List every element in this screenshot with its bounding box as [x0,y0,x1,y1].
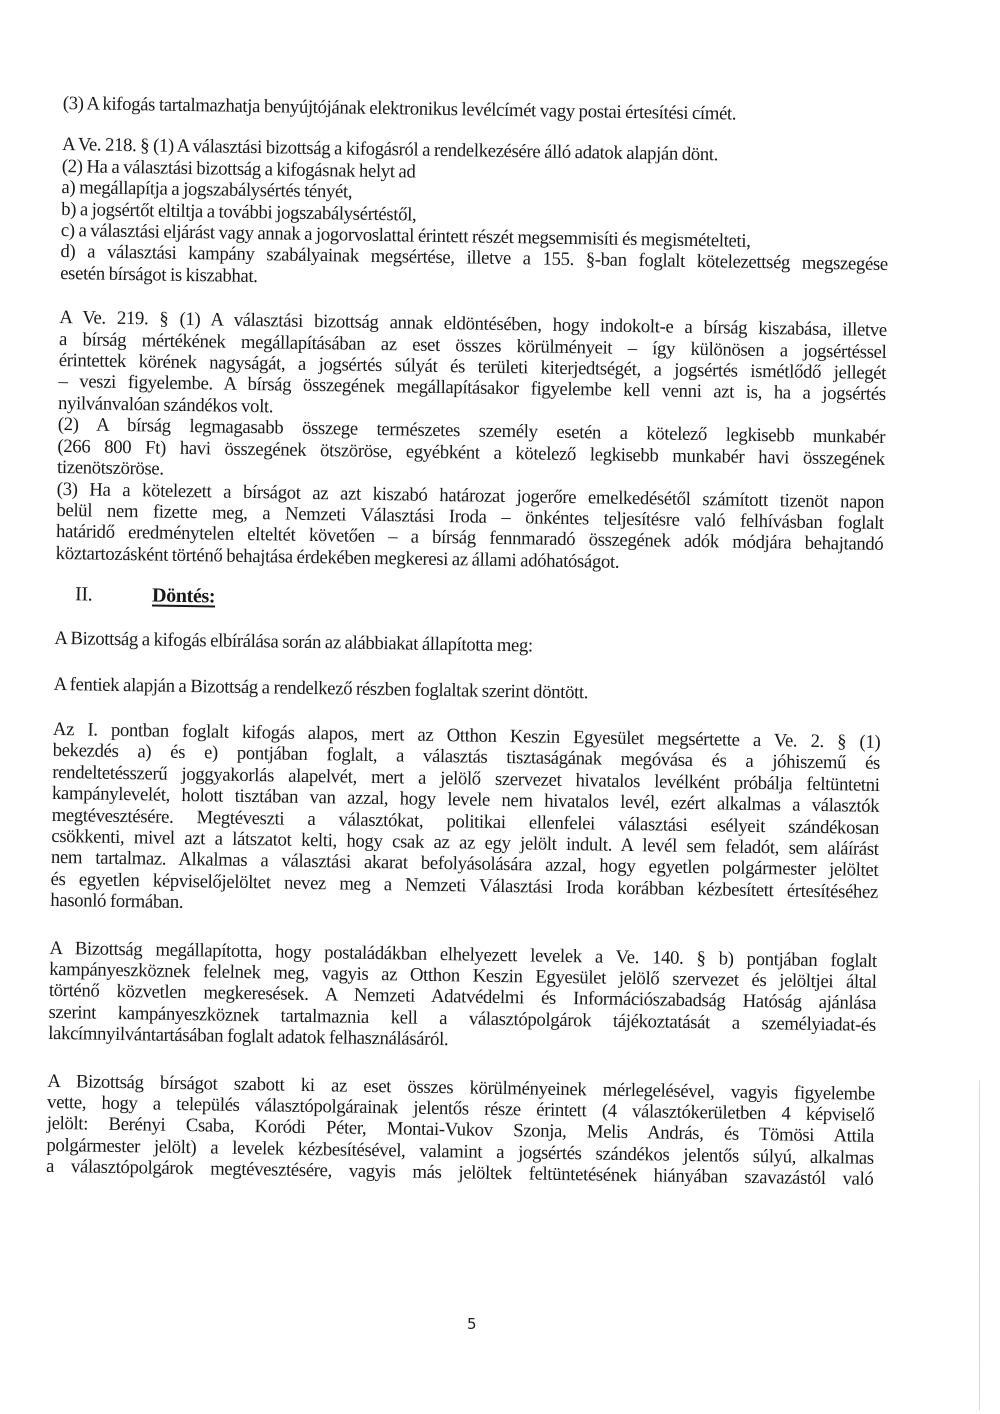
page-number: 5 [467,1315,477,1333]
section-title: Döntés: [152,584,215,609]
scan-artifact-line [979,1080,980,1410]
paragraph-fine: A Bizottság bírságot szabott ki az eset … [46,1071,875,1191]
scanned-document-page: (3) A kifogás tartalmazhatja benyújtóján… [0,0,1000,1414]
section-number: II. [75,582,93,606]
paragraph-ve-219: A Ve. 219. § (1) A választási bizottság … [56,307,887,577]
paragraph-ve-218: A Ve. 218. § (1) A választási bizottság … [60,134,890,297]
paragraph-campaign-tool: A Bizottság megállapította, hogy postalá… [48,937,877,1057]
document-body: (3) A kifogás tartalmazhatja benyújtóján… [46,93,903,1191]
paragraph-objection-founded: Az I. pontban foglalt kifogás alapos, me… [50,719,880,925]
